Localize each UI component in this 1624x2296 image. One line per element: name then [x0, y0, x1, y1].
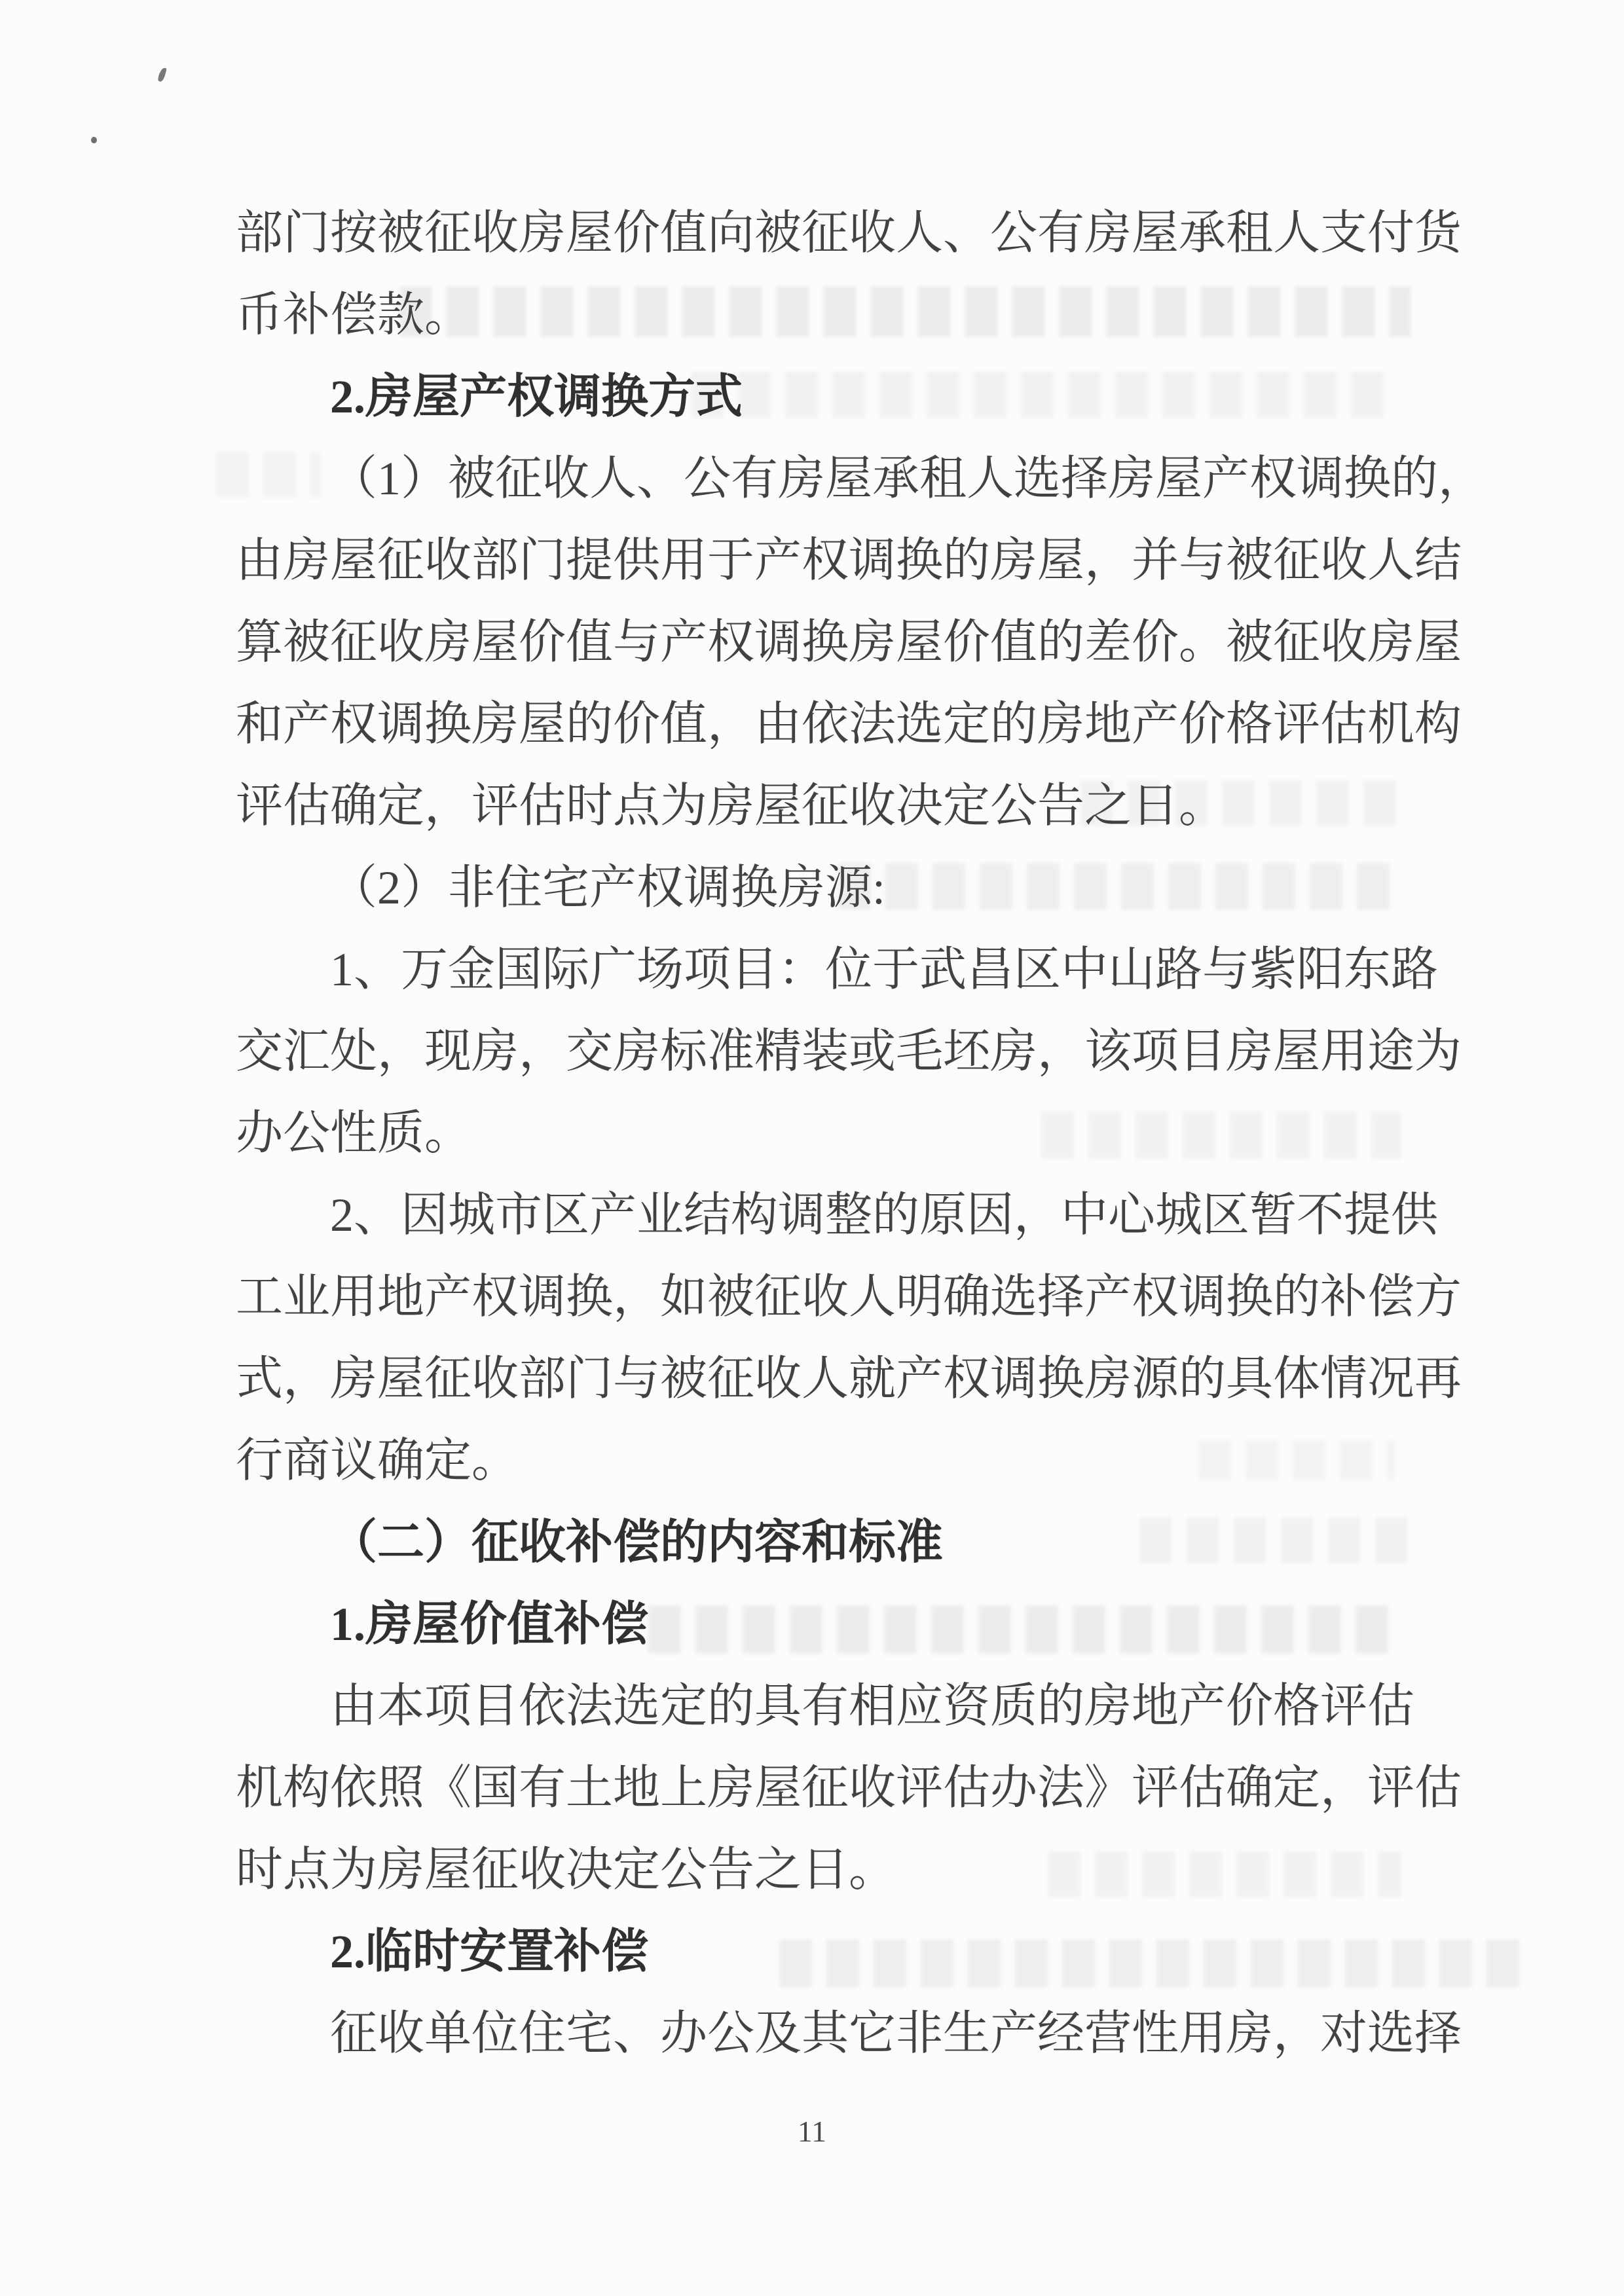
body-line: （2）非住宅产权调换房源: — [236, 847, 1414, 929]
scanned-page: 部门按被征收房屋价值向被征收人、公有房屋承租人支付货币补偿款。2.房屋产权调换方… — [0, 0, 1624, 2296]
body-line: 币补偿款。 — [236, 274, 1414, 356]
body-line: 评估确定，评估时点为房屋征收决定公告之日。 — [236, 765, 1414, 847]
body-line: 式，房屋征收部门与被征收人就产权调换房源的具体情况再 — [236, 1338, 1414, 1420]
body-line: 行商议确定。 — [236, 1420, 1414, 1502]
body-line: 算被征收房屋价值与产权调换房屋价值的差价。被征收房屋 — [236, 602, 1414, 683]
body-line: 征收单位住宅、办公及其它非生产经营性用房，对选择 — [236, 1993, 1414, 2075]
body-line: 机构依照《国有土地上房屋征收评估办法》评估确定，评估 — [236, 1747, 1414, 1829]
body-line: 和产权调换房屋的价值，由依法选定的房地产价格评估机构 — [236, 683, 1414, 765]
body-line: 交汇处，现房，交房标准精装或毛坯房，该项目房屋用途为 — [236, 1011, 1414, 1093]
body-line: 由本项目依法选定的具有相应资质的房地产价格评估 — [236, 1666, 1414, 1747]
scan-speck-artifact — [91, 137, 97, 143]
body-line: （1）被征收人、公有房屋承租人选择房屋产权调换的， — [236, 438, 1414, 520]
scan-speck-artifact — [157, 67, 167, 82]
heading-line: 1.房屋价值补偿 — [236, 1584, 1414, 1666]
body-line: 1、万金国际广场项目：位于武昌区中山路与紫阳东路 — [236, 929, 1414, 1011]
document-text-block: 部门按被征收房屋价值向被征收人、公有房屋承租人支付货币补偿款。2.房屋产权调换方… — [236, 192, 1414, 2075]
body-line: 时点为房屋征收决定公告之日。 — [236, 1829, 1414, 1911]
body-line: 工业用地产权调换，如被征收人明确选择产权调换的补偿方 — [236, 1256, 1414, 1338]
heading-line: 2.临时安置补偿 — [236, 1911, 1414, 1993]
body-line: 2、因城市区产业结构调整的原因，中心城区暂不提供 — [236, 1175, 1414, 1256]
heading-line: 2.房屋产权调换方式 — [236, 356, 1414, 438]
page-number: 11 — [0, 2113, 1624, 2150]
body-line: 部门按被征收房屋价值向被征收人、公有房屋承租人支付货 — [236, 192, 1414, 274]
body-line: 办公性质。 — [236, 1093, 1414, 1175]
body-line: 由房屋征收部门提供用于产权调换的房屋，并与被征收人结 — [236, 520, 1414, 602]
heading-line: （二）征收补偿的内容和标准 — [236, 1502, 1414, 1584]
